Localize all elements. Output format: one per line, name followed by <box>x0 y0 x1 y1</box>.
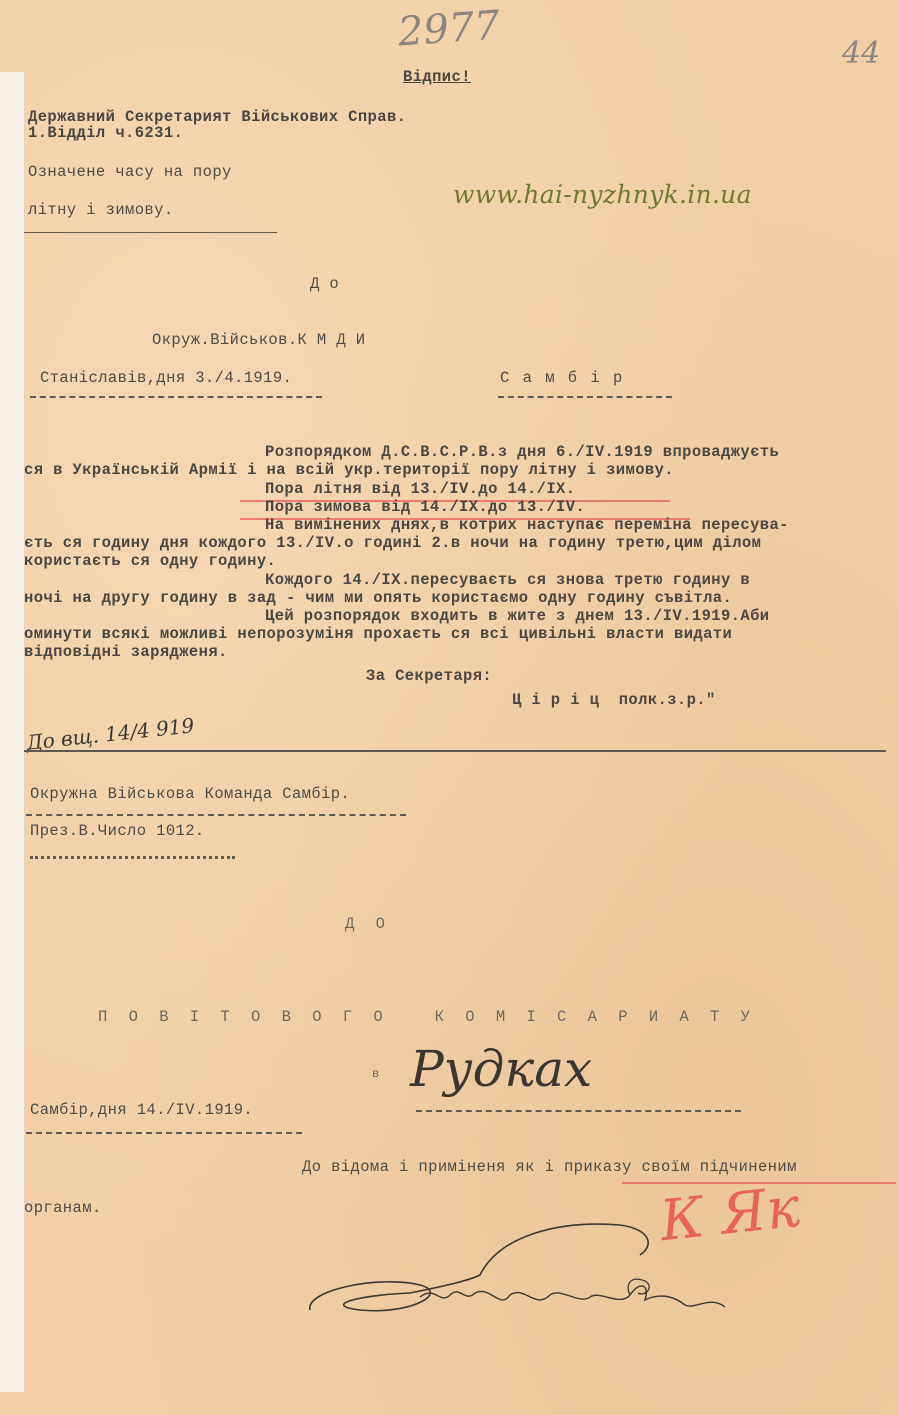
for-secretary: За Секретаря: <box>366 667 492 685</box>
folio-number: 2977 <box>397 3 502 56</box>
instruction-line-2: органам. <box>24 1199 102 1217</box>
subject-line-1: Означене часу на пору <box>28 163 232 181</box>
website-watermark: www.hai-nyzhnyk.in.ua <box>453 180 752 209</box>
place-date: Станіславів,дня 3./4.1919. <box>40 369 292 387</box>
recipient: Окруж.Військов.К М Д И <box>152 331 365 349</box>
to-label-2: Д О <box>345 915 391 933</box>
signatory: Ц і р і ц полк.з.р." <box>512 691 716 709</box>
underline <box>30 396 322 398</box>
underline <box>498 396 672 398</box>
instruction-line-1: До відома і приміненя як і приказу своїм… <box>302 1158 797 1176</box>
body-line: єть ся годину дня кождого 13./IV.о годин… <box>24 534 761 552</box>
document-page: 2977 44 Відпис! Державний Секретарият Ві… <box>0 0 898 1415</box>
body-line: відповідні зарядженя. <box>24 643 228 661</box>
body-line: Кождого 14./IX.пересуваєть ся знова трет… <box>265 571 750 589</box>
recipient-commissariat: П О В І Т О В О Г О К О М І С А Р И А Т … <box>98 1008 756 1026</box>
document-heading: Відпис! <box>403 68 471 86</box>
section-divider <box>24 750 886 752</box>
in-word: в <box>372 1065 380 1083</box>
body-line: ся в Українській Армії і на всій укр.тер… <box>24 461 674 479</box>
dotted-underline <box>30 856 235 859</box>
body-line: На вимінених днях,в котрих наступає пере… <box>265 516 789 534</box>
reference-number: През.В.Число 1012. <box>30 822 205 840</box>
body-line: Пора зимова від 14./IX.до 13./IV. <box>265 498 585 516</box>
destination: С а м б і р <box>500 369 624 387</box>
body-line: ночі на другу годину в зад - чим ми опят… <box>24 589 732 607</box>
paper-edge <box>0 72 25 1392</box>
subject-line-2: літну і зимову. <box>28 201 174 219</box>
handwritten-note: До вщ. 14/4 919 <box>25 713 195 754</box>
page-number: 44 <box>842 36 880 71</box>
second-sender: Окружна Військова Команда Самбір. <box>30 785 350 803</box>
body-line: користаєть ся одну годину. <box>24 552 276 570</box>
place-date-2: Самбір,дня 14./IV.1919. <box>30 1101 253 1119</box>
handwritten-place: Рудках <box>410 1040 592 1098</box>
body-line: оминути всякі можливі непорозуміня проха… <box>24 625 732 643</box>
to-label: Д о <box>310 275 339 293</box>
signature <box>300 1215 800 1325</box>
body-line: Пора літня від 13./IV.до 14./IX. <box>265 480 575 498</box>
underline <box>416 1110 741 1112</box>
divider <box>24 232 277 233</box>
body-line: Цей розпорядок входить в жите з днем 13.… <box>265 607 769 625</box>
sender-line-2: 1.Відділ ч.6231. <box>28 124 183 142</box>
body-line: Розпорядком Д.С.В.С.Р.В.з дня 6./IV.1919… <box>265 443 779 461</box>
underline <box>26 814 406 816</box>
underline <box>26 1132 302 1134</box>
